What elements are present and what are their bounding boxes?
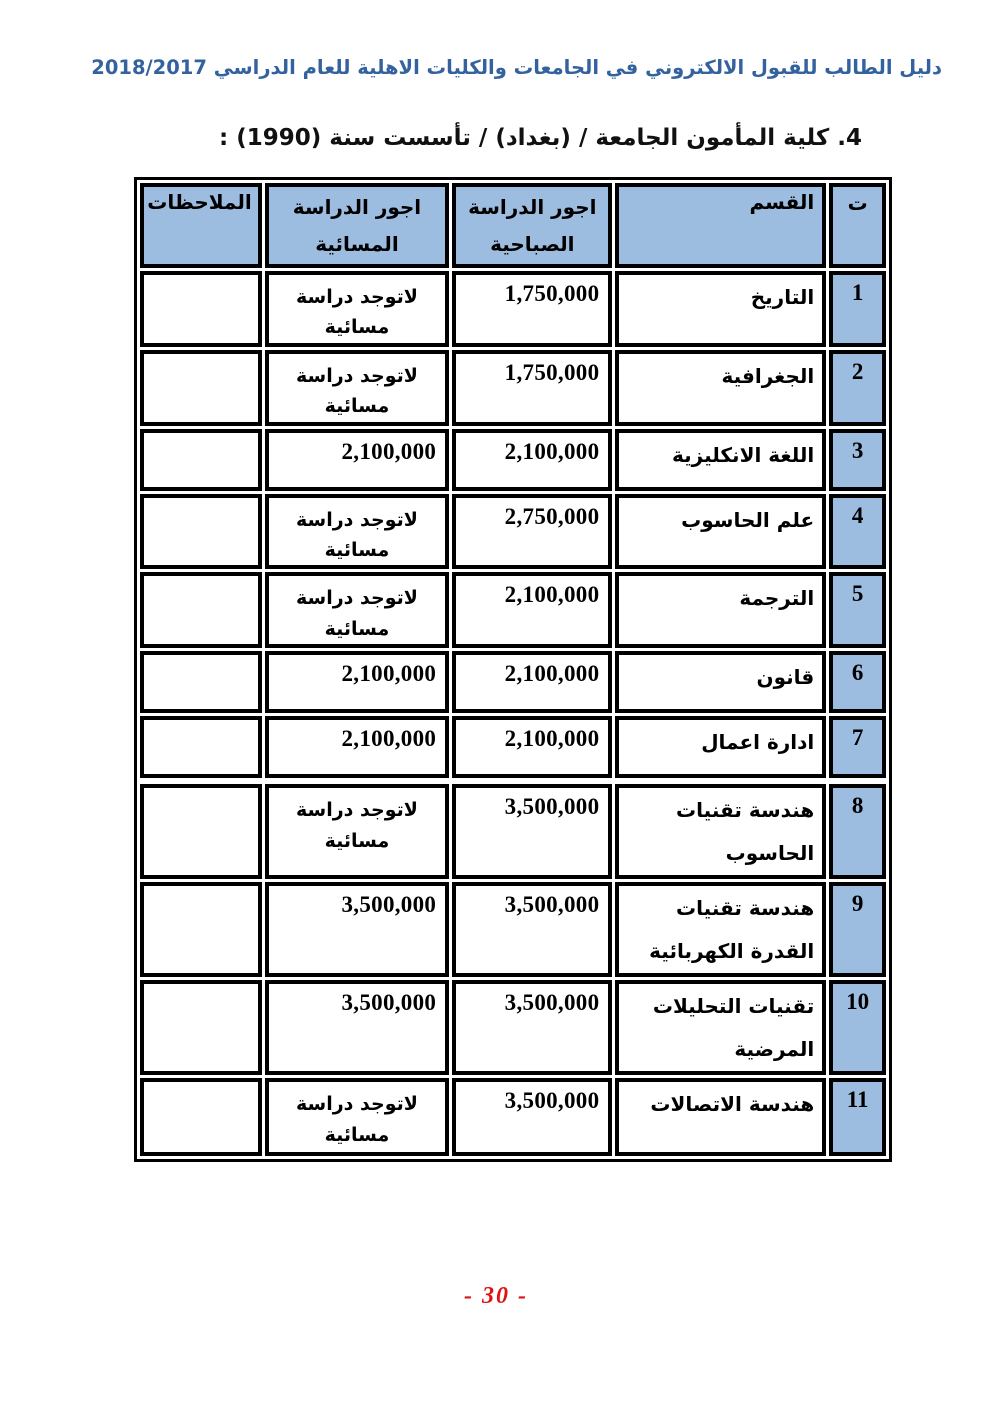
fees-table-part-2: 8 هندسة تقنيات الحاسوب 3,500,000 لاتوجد … (137, 781, 889, 1159)
row-number-cell: 4 (829, 494, 886, 570)
row-number-cell: 11 (829, 1078, 886, 1156)
table-row: 4 علم الحاسوب 2,750,000 لاتوجد دراسة مسا… (140, 494, 886, 570)
notes-cell (140, 882, 262, 977)
evening-fee-cell: لاتوجد دراسة مسائية (265, 784, 450, 879)
document-header-title: دليل الطالب للقبول الالكتروني في الجامعا… (40, 0, 942, 79)
row-number-cell: 5 (829, 572, 886, 648)
department-cell: هندسة تقنيات الحاسوب (615, 784, 826, 879)
department-cell: الجغرافية (615, 350, 826, 426)
notes-cell (140, 350, 262, 426)
notes-cell (140, 494, 262, 570)
department-cell: علم الحاسوب (615, 494, 826, 570)
table-row: 7 ادارة اعمال 2,100,000 2,100,000 (140, 716, 886, 778)
notes-cell (140, 1078, 262, 1156)
evening-fee-cell: لاتوجد دراسة مسائية (265, 350, 450, 426)
column-header-number: ت (829, 183, 886, 268)
evening-fee-cell: لاتوجد دراسة مسائية (265, 572, 450, 648)
table-row: 10 تقنيات التحليلات المرضية 3,500,000 3,… (140, 980, 886, 1075)
row-number-cell: 10 (829, 980, 886, 1075)
morning-fee-cell: 1,750,000 (452, 350, 612, 426)
notes-cell (140, 784, 262, 879)
table-header-row: ت القسم اجور الدراسة الصباحية اجور الدرا… (140, 183, 886, 268)
column-header-department: القسم (615, 183, 826, 268)
evening-fee-cell: لاتوجد دراسة مسائية (265, 271, 450, 347)
department-cell: هندسة تقنيات القدرة الكهربائية (615, 882, 826, 977)
morning-fee-cell: 2,100,000 (452, 572, 612, 648)
morning-fee-cell: 3,500,000 (452, 1078, 612, 1156)
row-number-cell: 1 (829, 271, 886, 347)
row-number-cell: 6 (829, 651, 886, 713)
evening-fee-cell: 3,500,000 (265, 980, 450, 1075)
morning-fee-cell: 2,100,000 (452, 651, 612, 713)
evening-fee-cell: 2,100,000 (265, 716, 450, 778)
morning-fee-cell: 3,500,000 (452, 882, 612, 977)
page-number: - 30 - (0, 1283, 992, 1310)
table-row: 8 هندسة تقنيات الحاسوب 3,500,000 لاتوجد … (140, 784, 886, 879)
table-row: 6 قانون 2,100,000 2,100,000 (140, 651, 886, 713)
table-row: 5 الترجمة 2,100,000 لاتوجد دراسة مسائية (140, 572, 886, 648)
row-number-cell: 7 (829, 716, 886, 778)
evening-fee-cell: 2,100,000 (265, 651, 450, 713)
morning-fee-cell: 2,100,000 (452, 716, 612, 778)
row-number-cell: 2 (829, 350, 886, 426)
notes-cell (140, 651, 262, 713)
column-header-evening-fee: اجور الدراسة المسائية (265, 183, 450, 268)
table-row: 1 التاريخ 1,750,000 لاتوجد دراسة مسائية (140, 271, 886, 347)
department-cell: ادارة اعمال (615, 716, 826, 778)
evening-fee-cell: لاتوجد دراسة مسائية (265, 1078, 450, 1156)
row-number-cell: 9 (829, 882, 886, 977)
notes-cell (140, 271, 262, 347)
morning-fee-cell: 3,500,000 (452, 980, 612, 1075)
row-number-cell: 3 (829, 429, 886, 491)
table-row: 3 اللغة الانكليزية 2,100,000 2,100,000 (140, 429, 886, 491)
table-row: 2 الجغرافية 1,750,000 لاتوجد دراسة مسائي… (140, 350, 886, 426)
morning-fee-cell: 3,500,000 (452, 784, 612, 879)
department-cell: قانون (615, 651, 826, 713)
table-row: 9 هندسة تقنيات القدرة الكهربائية 3,500,0… (140, 882, 886, 977)
morning-fee-cell: 2,750,000 (452, 494, 612, 570)
notes-cell (140, 980, 262, 1075)
notes-cell (140, 716, 262, 778)
section-title: 4. كلية المأمون الجامعة / (بغداد) / تأسس… (0, 125, 862, 151)
row-number-cell: 8 (829, 784, 886, 879)
department-cell: الترجمة (615, 572, 826, 648)
column-header-morning-fee: اجور الدراسة الصباحية (452, 183, 612, 268)
notes-cell (140, 572, 262, 648)
evening-fee-cell: لاتوجد دراسة مسائية (265, 494, 450, 570)
notes-cell (140, 429, 262, 491)
fees-table: ت القسم اجور الدراسة الصباحية اجور الدرا… (134, 177, 892, 1162)
fees-table-part-1: ت القسم اجور الدراسة الصباحية اجور الدرا… (137, 180, 889, 781)
table-row: 11 هندسة الاتصالات 3,500,000 لاتوجد دراس… (140, 1078, 886, 1156)
evening-fee-cell: 3,500,000 (265, 882, 450, 977)
department-cell: التاريخ (615, 271, 826, 347)
department-cell: اللغة الانكليزية (615, 429, 826, 491)
evening-fee-cell: 2,100,000 (265, 429, 450, 491)
department-cell: تقنيات التحليلات المرضية (615, 980, 826, 1075)
department-cell: هندسة الاتصالات (615, 1078, 826, 1156)
morning-fee-cell: 1,750,000 (452, 271, 612, 347)
morning-fee-cell: 2,100,000 (452, 429, 612, 491)
document-page: دليل الطالب للقبول الالكتروني في الجامعا… (0, 0, 992, 1403)
column-header-notes: الملاحظات (140, 183, 262, 268)
